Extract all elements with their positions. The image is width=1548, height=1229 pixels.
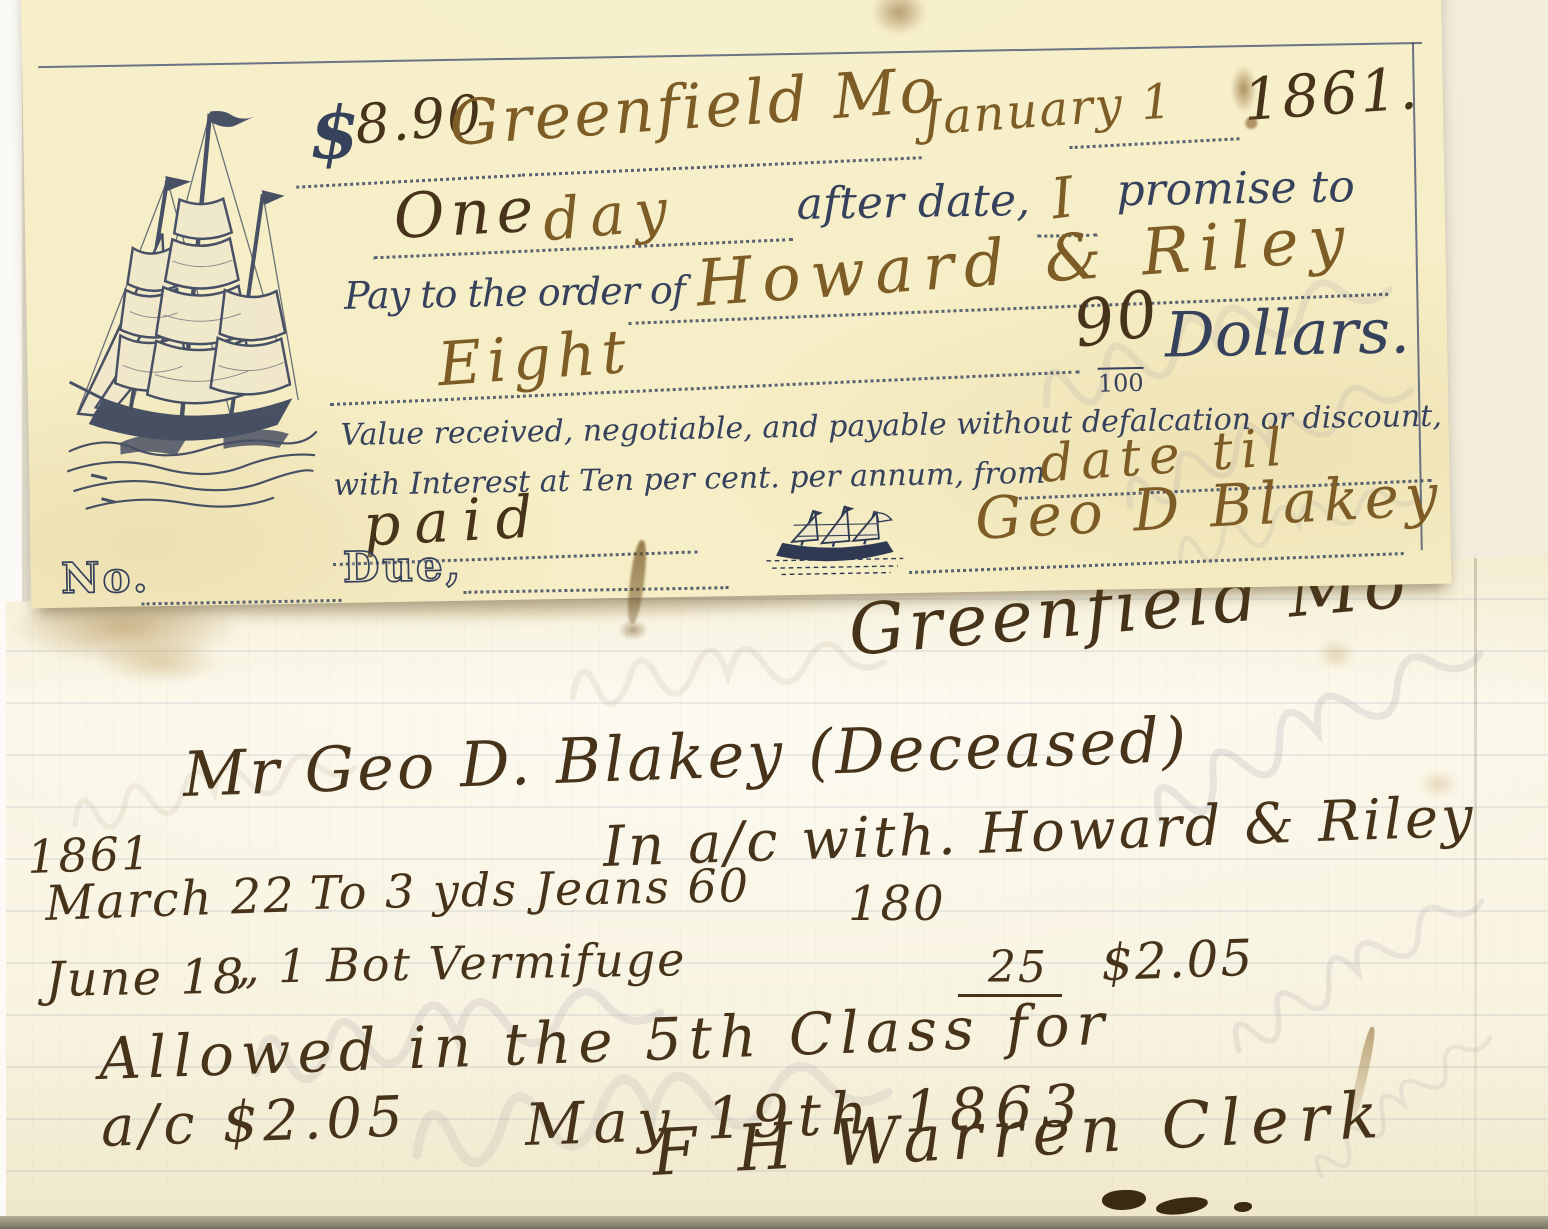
paper-crease [1474,556,1477,1216]
pay-to-label: Pay to the order of [344,271,685,315]
ink-blot [1234,1202,1252,1212]
ship-vignette-icon [756,501,913,578]
note-year: 1861. [1241,59,1421,129]
stain [871,0,928,36]
dollars-label: Dollars. [1164,300,1410,366]
due-label: Due, [343,545,464,589]
entry-amount: 180 [848,880,946,928]
allowance-line: Allowed in the 5th Class for [98,995,1112,1088]
entry-date: March 22 [44,871,296,928]
entry-item: „ 1 Bot Vermifuge [235,936,687,990]
dotted-rule [1070,137,1240,149]
entry-total: $2.05 [1100,933,1255,988]
no-label: No. [61,556,151,600]
dotted-rule [463,586,728,594]
stain [94,640,224,684]
ink-blot [1102,1190,1146,1210]
dotted-rule [909,552,1404,574]
cents-numerator: 90 [1069,281,1163,358]
note-date: January 1 [920,77,1175,142]
promissory-note: $ 8.90 Greenfield Mo January 1 1861. One… [21,0,1452,608]
statement-addressee: Mr Geo D. Blakey (Deceased) [182,709,1190,806]
pronoun: I [1048,170,1079,229]
amount-words: Eight [436,322,634,395]
entry-date: June 18 [45,953,246,1004]
sailing-ship-engraving [58,81,324,533]
scanned-documents: Greenfield Mo Mr Geo D. Blakey (Deceased… [0,0,1548,1229]
ink-blot [1155,1195,1208,1216]
dotted-rule [522,156,922,176]
allowance-amount: a/c $2.05 [100,1089,409,1156]
entry-amount: 25 [958,946,1062,997]
entry-item: To 3 yds Jeans 60 [309,862,750,916]
scan-edge-bottom [0,1216,1548,1229]
term-word-day: day [540,180,679,250]
border-rule-top [38,42,1422,68]
cents-denominator: 100 [1098,367,1144,396]
stain [1316,638,1356,670]
after-date-label: after date, [796,179,1030,227]
currency-symbol: $ [309,97,360,170]
account-statement-page: Greenfield Mo Mr Geo D. Blakey (Deceased… [6,548,1548,1226]
note-place: Greenfield Mo [447,59,941,155]
term-word-one: One [392,178,540,248]
